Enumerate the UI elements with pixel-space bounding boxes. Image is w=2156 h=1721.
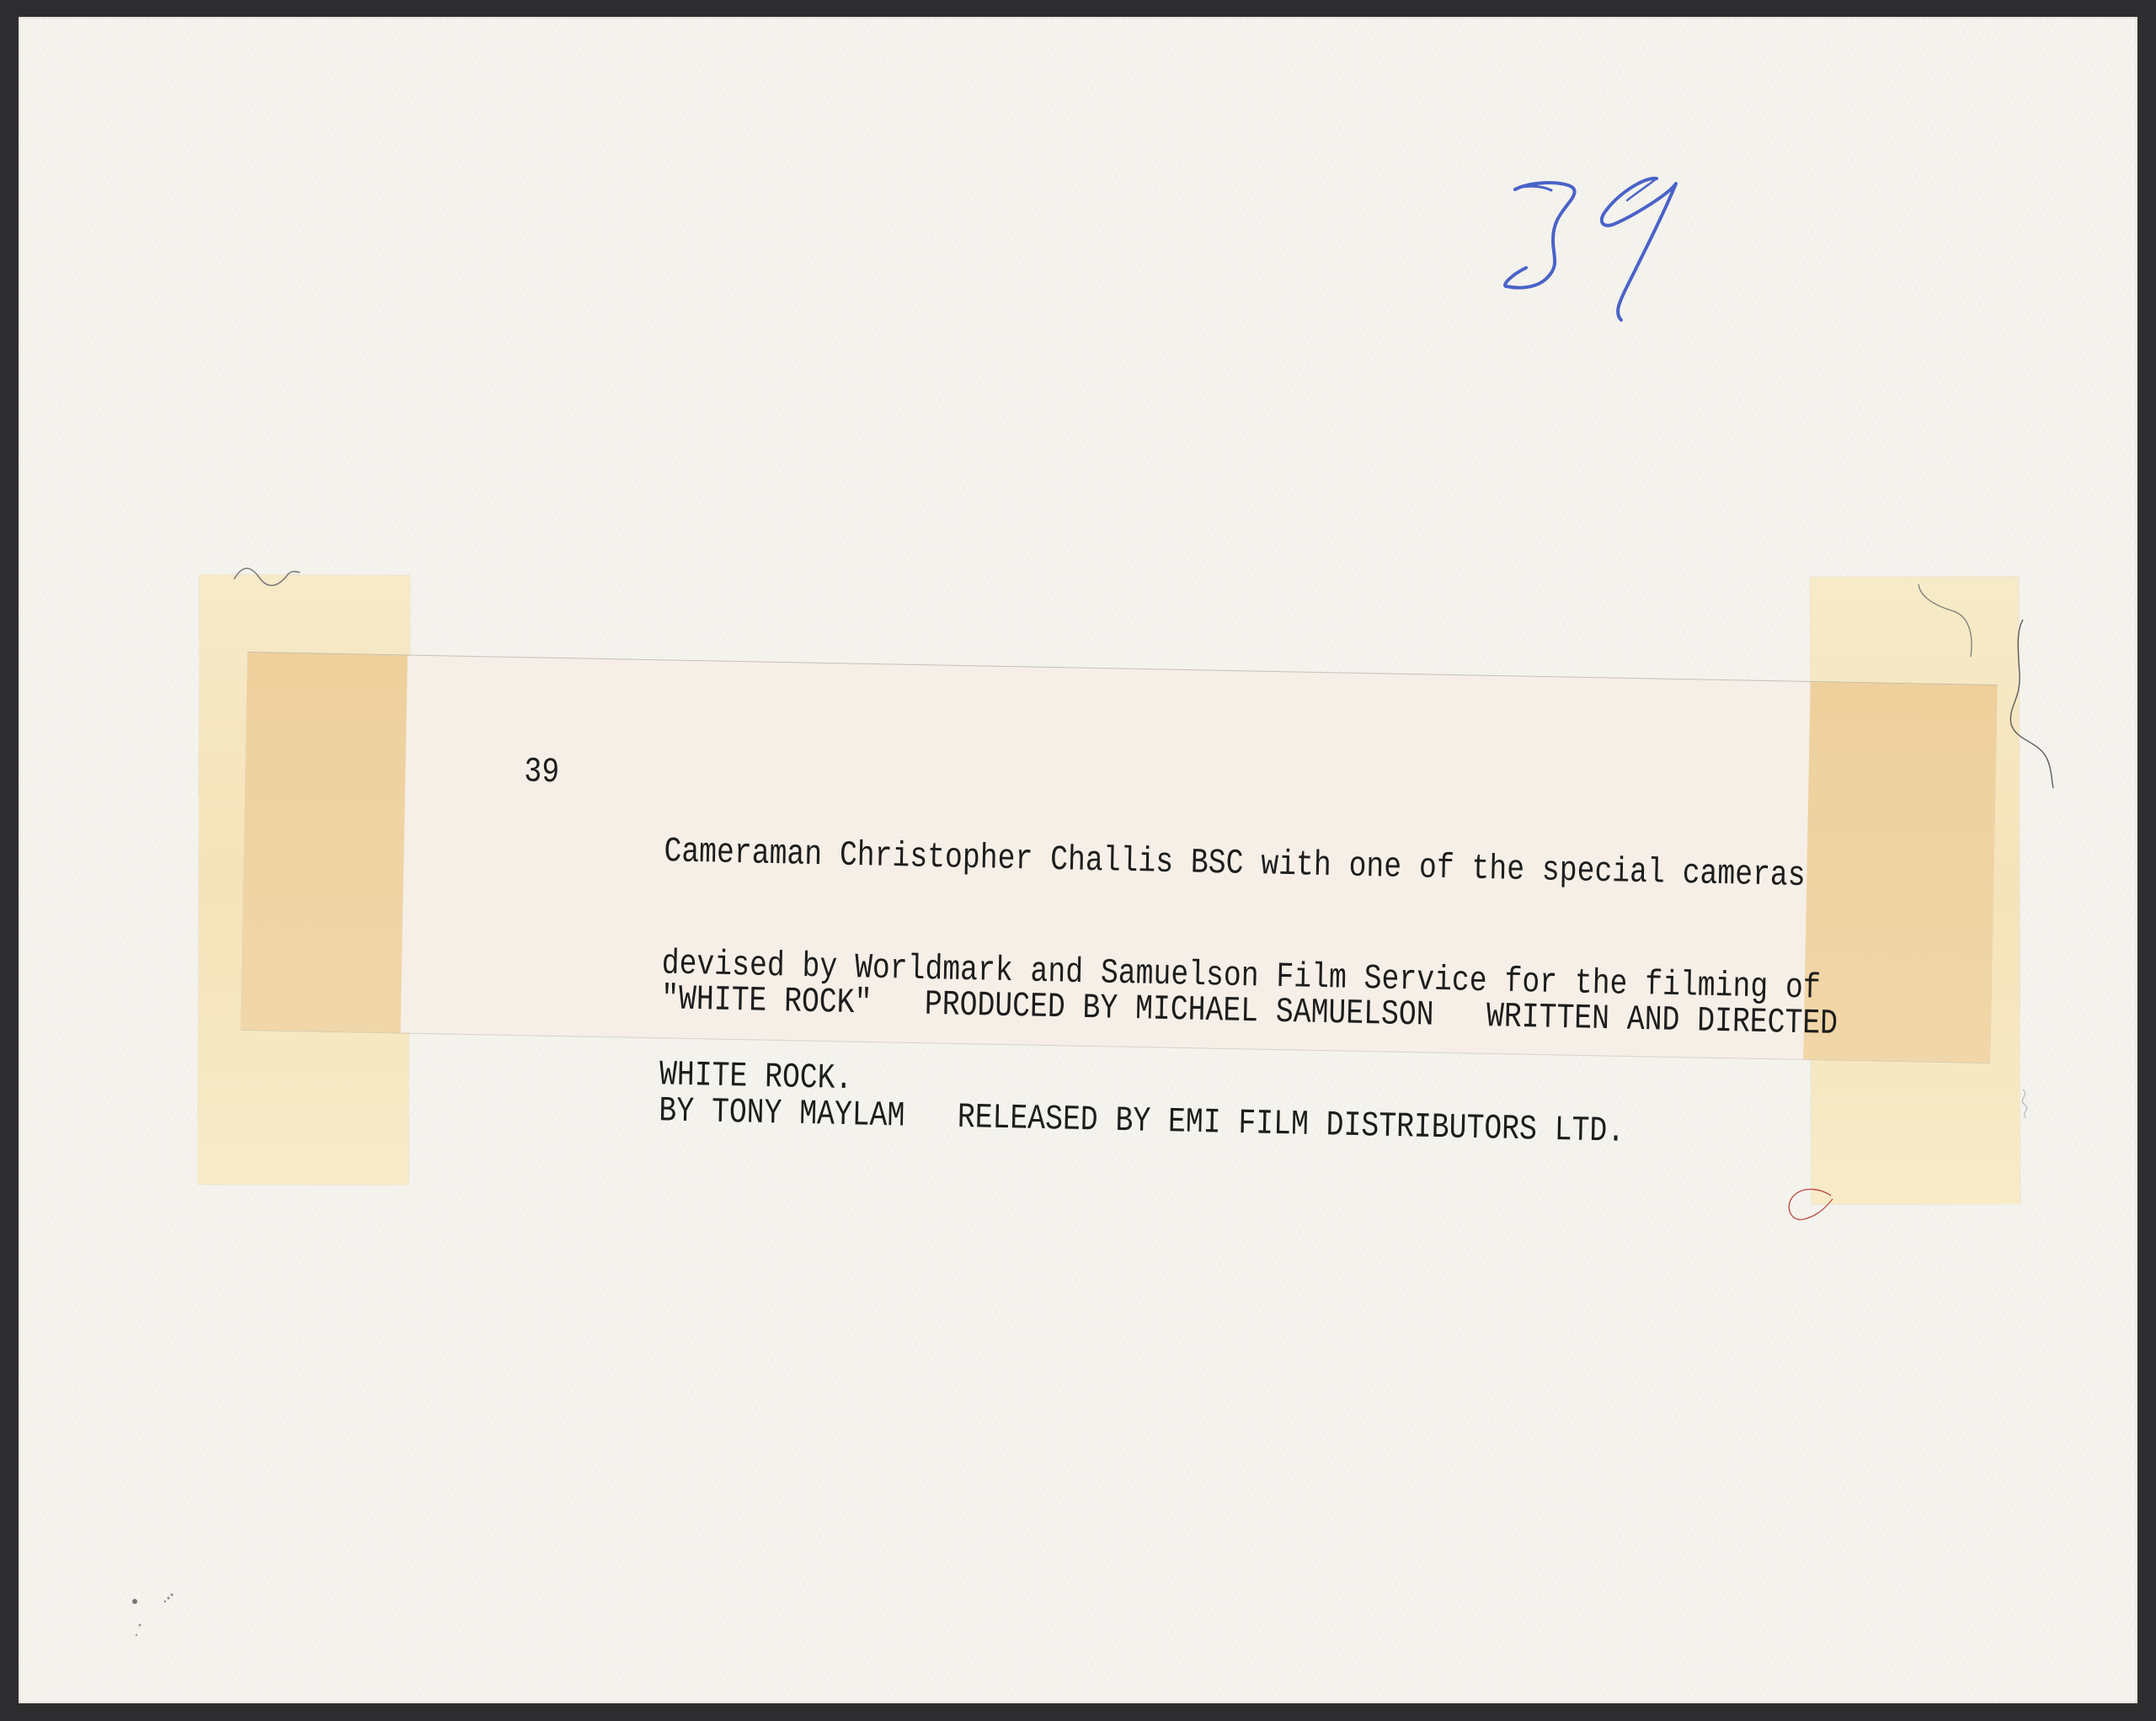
fiber-left-tape xyxy=(227,562,303,596)
handwritten-number-39: 39 xyxy=(1501,168,1745,337)
caption-text-layer: 39 Cameraman Christopher Challis BSC wit… xyxy=(241,653,1998,1063)
fiber-right-edge xyxy=(2004,615,2063,791)
caption-line: BY TONY MAYLAM RELEASED BY EMI FILM DIST… xyxy=(659,1094,1836,1156)
fiber-red-loop xyxy=(1779,1187,1846,1229)
fiber-right-tape-bottom xyxy=(2013,1086,2038,1120)
caption-line: "WHITE ROCK" PRODUCED BY MICHAEL SAMUELS… xyxy=(661,982,1838,1044)
dust-specks xyxy=(128,1591,195,1642)
caption-item-number: 39 xyxy=(524,754,560,792)
caption-line: Cameraman Christopher Challis BSC with o… xyxy=(664,834,1823,896)
typed-caption-slip: 39 Cameraman Christopher Challis BSC wit… xyxy=(241,653,1998,1063)
fiber-right-tape-top xyxy=(1912,581,1979,665)
caption-paragraph-credits: "WHITE ROCK" PRODUCED BY MICHAEL SAMUELS… xyxy=(657,908,1839,1229)
